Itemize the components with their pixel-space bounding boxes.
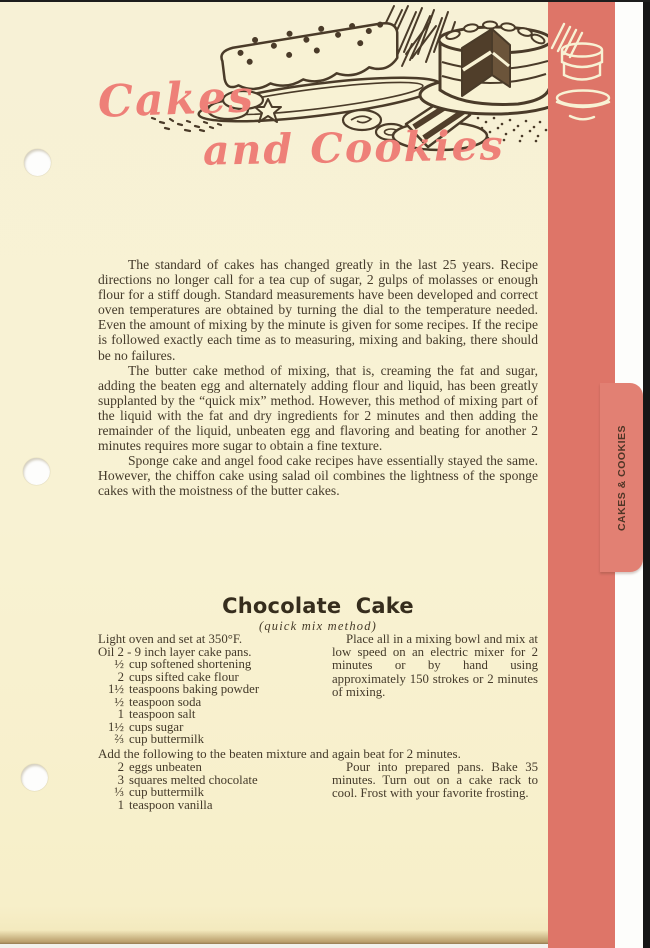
ingredient-item: cup softened shortening: [129, 658, 251, 671]
ingredient-qty: 1½: [98, 683, 124, 696]
ingredient-item: teaspoon vanilla: [129, 799, 213, 812]
ingredient-item: eggs unbeaten: [129, 761, 202, 774]
page-bottom-gap: [0, 944, 548, 948]
script-title-cakes: Cakes: [97, 75, 255, 124]
intro-paragraph: Sponge cake and angel food cake recipes …: [98, 453, 538, 498]
recipe-columns-bottom: 2eggs unbeaten 3squares melted chocolate…: [98, 761, 538, 811]
ingredient-item: cup buttermilk: [129, 786, 204, 799]
script-title-and-cookies: and Cookies: [203, 125, 505, 171]
recipe-columns-top: Light oven and set at 350°F. Oil 2 - 9 i…: [98, 633, 538, 746]
ingredient-row: 2eggs unbeaten: [98, 761, 328, 774]
page-bottom-shadow: [0, 930, 548, 944]
scan-edge: [643, 0, 650, 948]
recipe-title: Chocolate Cake: [98, 594, 538, 618]
ingredient-row: 1teaspoon salt: [98, 708, 328, 721]
intro-text: The standard of cakes has changed greatl…: [98, 257, 538, 499]
ingredient-list-second: 2eggs unbeaten 3squares melted chocolate…: [98, 761, 328, 811]
ingredient-item: cup buttermilk: [129, 733, 204, 746]
ingredient-list-first: Light oven and set at 350°F. Oil 2 - 9 i…: [98, 633, 328, 746]
ingredient-qty: 1: [98, 799, 124, 812]
method-first: Place all in a mixing bowl and mix at lo…: [332, 633, 538, 699]
punch-hole: [23, 458, 50, 485]
ingredient-row: 1teaspoon vanilla: [98, 799, 328, 812]
ingredient-item: teaspoons baking powder: [129, 683, 259, 696]
stacked-cakes-on-divider-icon: [548, 14, 615, 126]
section-tab-label: CAKES & COOKIES: [616, 424, 628, 530]
ingredient-row: 1½teaspoons baking powder: [98, 683, 328, 696]
ingredient-row: ½cup softened shortening: [98, 658, 328, 671]
ingredient-qty: 1: [98, 708, 124, 721]
intro-paragraph: The standard of cakes has changed greatl…: [98, 257, 538, 363]
intro-paragraph: The butter cake method of mixing, that i…: [98, 363, 538, 454]
punch-hole: [24, 149, 51, 176]
recipe-header: Chocolate Cake (quick mix method): [98, 594, 538, 634]
ingredient-qty: ½: [98, 658, 124, 671]
prep-line: Light oven and set at 350°F.: [98, 633, 328, 646]
ingredient-qty: ⅓: [98, 786, 124, 799]
ingredient-item: teaspoon salt: [129, 708, 195, 721]
method-second-column: Pour into prepared pans. Bake 35 minutes…: [332, 761, 538, 811]
ingredient-qty: 2: [98, 761, 124, 774]
ingredient-qty: ⅔: [98, 733, 124, 746]
ingredient-row: ⅔cup buttermilk: [98, 733, 328, 746]
punch-hole: [21, 764, 48, 791]
ingredient-row: ⅓cup buttermilk: [98, 786, 328, 799]
method-first-column: Place all in a mixing bowl and mix at lo…: [332, 633, 538, 746]
add-instruction-line: Add the following to the beaten mixture …: [98, 747, 544, 760]
method-second: Pour into prepared pans. Bake 35 minutes…: [332, 761, 538, 801]
section-tab[interactable]: CAKES & COOKIES: [600, 383, 643, 572]
cookbook-page: CAKES & COOKIES: [0, 0, 650, 948]
